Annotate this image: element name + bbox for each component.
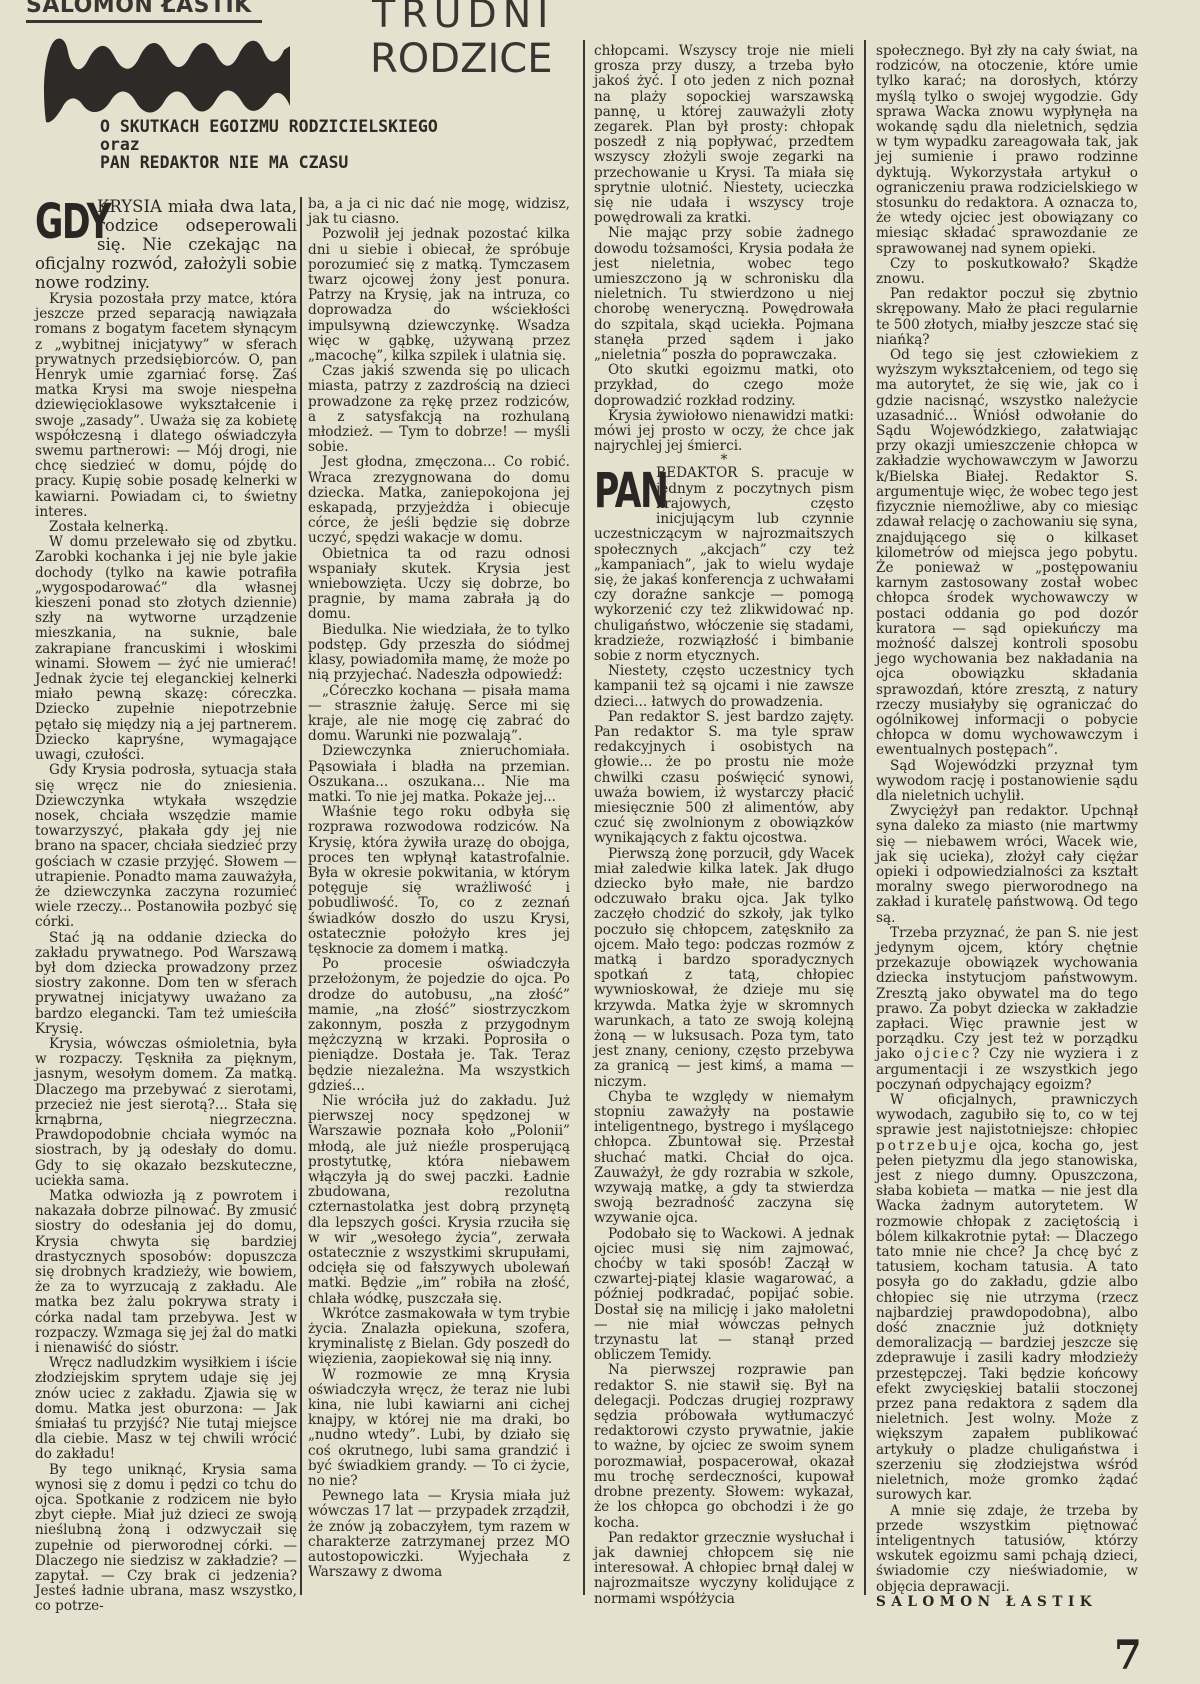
paragraph: Matka odwiozła ją z powrotem i nakazała … bbox=[35, 1189, 297, 1356]
paragraph: Po procesie oświadczyła przełożonym, że … bbox=[308, 957, 570, 1094]
author-byline: SALOMON ŁASTIK bbox=[26, 0, 262, 23]
paragraph: Pan redaktor poczuł się zbytnio skrępowa… bbox=[876, 287, 1138, 348]
article-column-1: GDY KRYSIA miała dwa lata, rodzice odsep… bbox=[35, 197, 297, 1615]
column-divider bbox=[864, 40, 866, 1595]
paragraph: W domu przelewało się od zbytku. Zarobki… bbox=[35, 535, 297, 763]
paragraph: Na pierwszej rozprawie pan redaktor S. n… bbox=[594, 1363, 854, 1530]
paragraph: Jest głodna, zmęczona... Co robić. Wraca… bbox=[308, 455, 570, 546]
paragraph: „Córeczko kochana — pisała mama — strasz… bbox=[308, 684, 570, 745]
paragraph: Nie mając przy sobie żadnego dowodu tożs… bbox=[594, 226, 854, 363]
paragraph: Gdy Krysia podrosła, sytuacja stała się … bbox=[35, 763, 297, 930]
paragraph: społecznego. Był zły na cały świat, na r… bbox=[876, 44, 1138, 257]
subtitle-line-3: PAN REDAKTOR NIE MA CZASU bbox=[100, 154, 560, 172]
column-divider bbox=[300, 197, 302, 1595]
paragraph: Właśnie tego roku odbyła się rozprawa ro… bbox=[308, 805, 570, 957]
paragraph: Została kelnerką. bbox=[35, 520, 297, 535]
paragraph: Oto skutki egoizmu matki, oto przykład, … bbox=[594, 363, 854, 409]
paragraph: By tego uniknąć, Krysia sama wynosi się … bbox=[35, 1463, 297, 1615]
title-line-2: RODZICE bbox=[370, 36, 572, 82]
paragraph: Wkrótce zasmakowała w tym trybie życia. … bbox=[308, 1307, 570, 1368]
title-line-1: TRUDNI bbox=[372, 0, 572, 36]
paragraph: Od tego się jest człowiekiem z wyższym w… bbox=[876, 348, 1138, 758]
paragraph: Pewnego lata — Krysia miała już wówczas … bbox=[308, 1489, 570, 1580]
paragraph: Pierwszą żonę porzucił, gdy Wacek miał z… bbox=[594, 847, 854, 1090]
paragraph: Obietnica ta od razu odnosi wspaniały sk… bbox=[308, 547, 570, 623]
article-column-3: chłopcami. Wszyscy troje nie mieli grosz… bbox=[594, 44, 854, 1607]
paragraph: Krysia żywiołowo nienawidzi matki: mówi … bbox=[594, 409, 854, 455]
article-column-2: ba, a ja ci nic dać nie mogę, widzisz, j… bbox=[308, 197, 570, 1580]
magazine-page: SALOMON ŁASTIK TRUDNI RODZICE O SKUTKACH… bbox=[0, 0, 1200, 1684]
emphasis-ojciec: ojciec bbox=[914, 1046, 972, 1062]
article-column-4: społecznego. Był zły na cały świat, na r… bbox=[876, 44, 1138, 1610]
paragraph: Chyba te względy w niemałym stopniu zawa… bbox=[594, 1090, 854, 1227]
paragraph: Sąd Wojewódzki przyznał tym wywodom racj… bbox=[876, 759, 1138, 805]
paragraph: Biedulka. Nie wiedziała, że to tylko pod… bbox=[308, 623, 570, 684]
paragraph: Nie wróciła już do zakładu. Już pierwsze… bbox=[308, 1094, 570, 1307]
paragraph: Krysia, wówczas ośmioletnia, była w rozp… bbox=[35, 1037, 297, 1189]
paragraph-text: ojca, kocha go, jest pełen pietyzmu dla … bbox=[876, 1138, 1138, 1504]
paragraph: Niestety, często uczestnicy tych kampani… bbox=[594, 664, 854, 710]
paragraph: ba, a ja ci nic dać nie mogę, widzisz, j… bbox=[308, 197, 570, 227]
paragraph: Pan redaktor S. jest bardzo zajęty. Pan … bbox=[594, 710, 854, 847]
paragraph: Czy to poskutkowało? Skądże znowu. bbox=[876, 257, 1138, 287]
drop-cap: PAN bbox=[594, 468, 631, 514]
author-signature: SALOMON ŁASTIK bbox=[876, 1595, 1138, 1610]
subtitle-line-1: O SKUTKACH EGOIZMU RODZICIELSKIEGO bbox=[100, 118, 560, 136]
subtitle-line-2: oraz bbox=[100, 136, 560, 154]
article-subtitle: O SKUTKACH EGOIZMU RODZICIELSKIEGO oraz … bbox=[100, 118, 560, 172]
paragraph: Podobało się to Wackowi. A jednak ojciec… bbox=[594, 1227, 854, 1364]
paragraph: Wręcz nadludzkim wysiłkiem i iście złodz… bbox=[35, 1356, 297, 1462]
paragraph: Pozwolił jej jednak pozostać kilka dni u… bbox=[308, 227, 570, 364]
paragraph: Krysia pozostała przy matce, która jeszc… bbox=[35, 292, 297, 520]
column-divider bbox=[583, 40, 585, 1595]
paragraph: W oficjalnych, prawniczych wywodach, zag… bbox=[876, 1093, 1138, 1503]
paragraph: A mnie się zdaje, że trzeba by przede ws… bbox=[876, 1504, 1138, 1595]
paragraph-text: W oficjalnych, prawniczych wywodach, zag… bbox=[876, 1092, 1138, 1138]
page-number: 7 bbox=[1114, 1634, 1142, 1678]
paragraph-text: Trzeba przyznać, że pan S. nie jest jedy… bbox=[876, 925, 1138, 1063]
paragraph: Dziewczynka znieruchomiała. Pąsowiała i … bbox=[308, 744, 570, 805]
wavy-ink-graphic-icon bbox=[40, 30, 290, 125]
paragraph: Trzeba przyznać, że pan S. nie jest jedy… bbox=[876, 926, 1138, 1093]
paragraph: W rozmowie ze mną Krysia oświadczyła wrę… bbox=[308, 1368, 570, 1490]
article-title: TRUDNI RODZICE bbox=[372, 0, 572, 82]
paragraph: Czas jakiś szwenda się po ulicach miasta… bbox=[308, 364, 570, 455]
paragraph: Pan redaktor grzecznie wysłuchał i jak d… bbox=[594, 1531, 854, 1607]
paragraph: Stać ją na oddanie dziecka do zakładu pr… bbox=[35, 931, 297, 1037]
drop-cap: GDY bbox=[35, 199, 72, 245]
paragraph: chłopcami. Wszyscy troje nie mieli grosz… bbox=[594, 44, 854, 226]
emphasis-potrzebuje: potrzebuje bbox=[876, 1138, 980, 1154]
paragraph: Zwyciężył pan redaktor. Upchnął syna dal… bbox=[876, 804, 1138, 926]
